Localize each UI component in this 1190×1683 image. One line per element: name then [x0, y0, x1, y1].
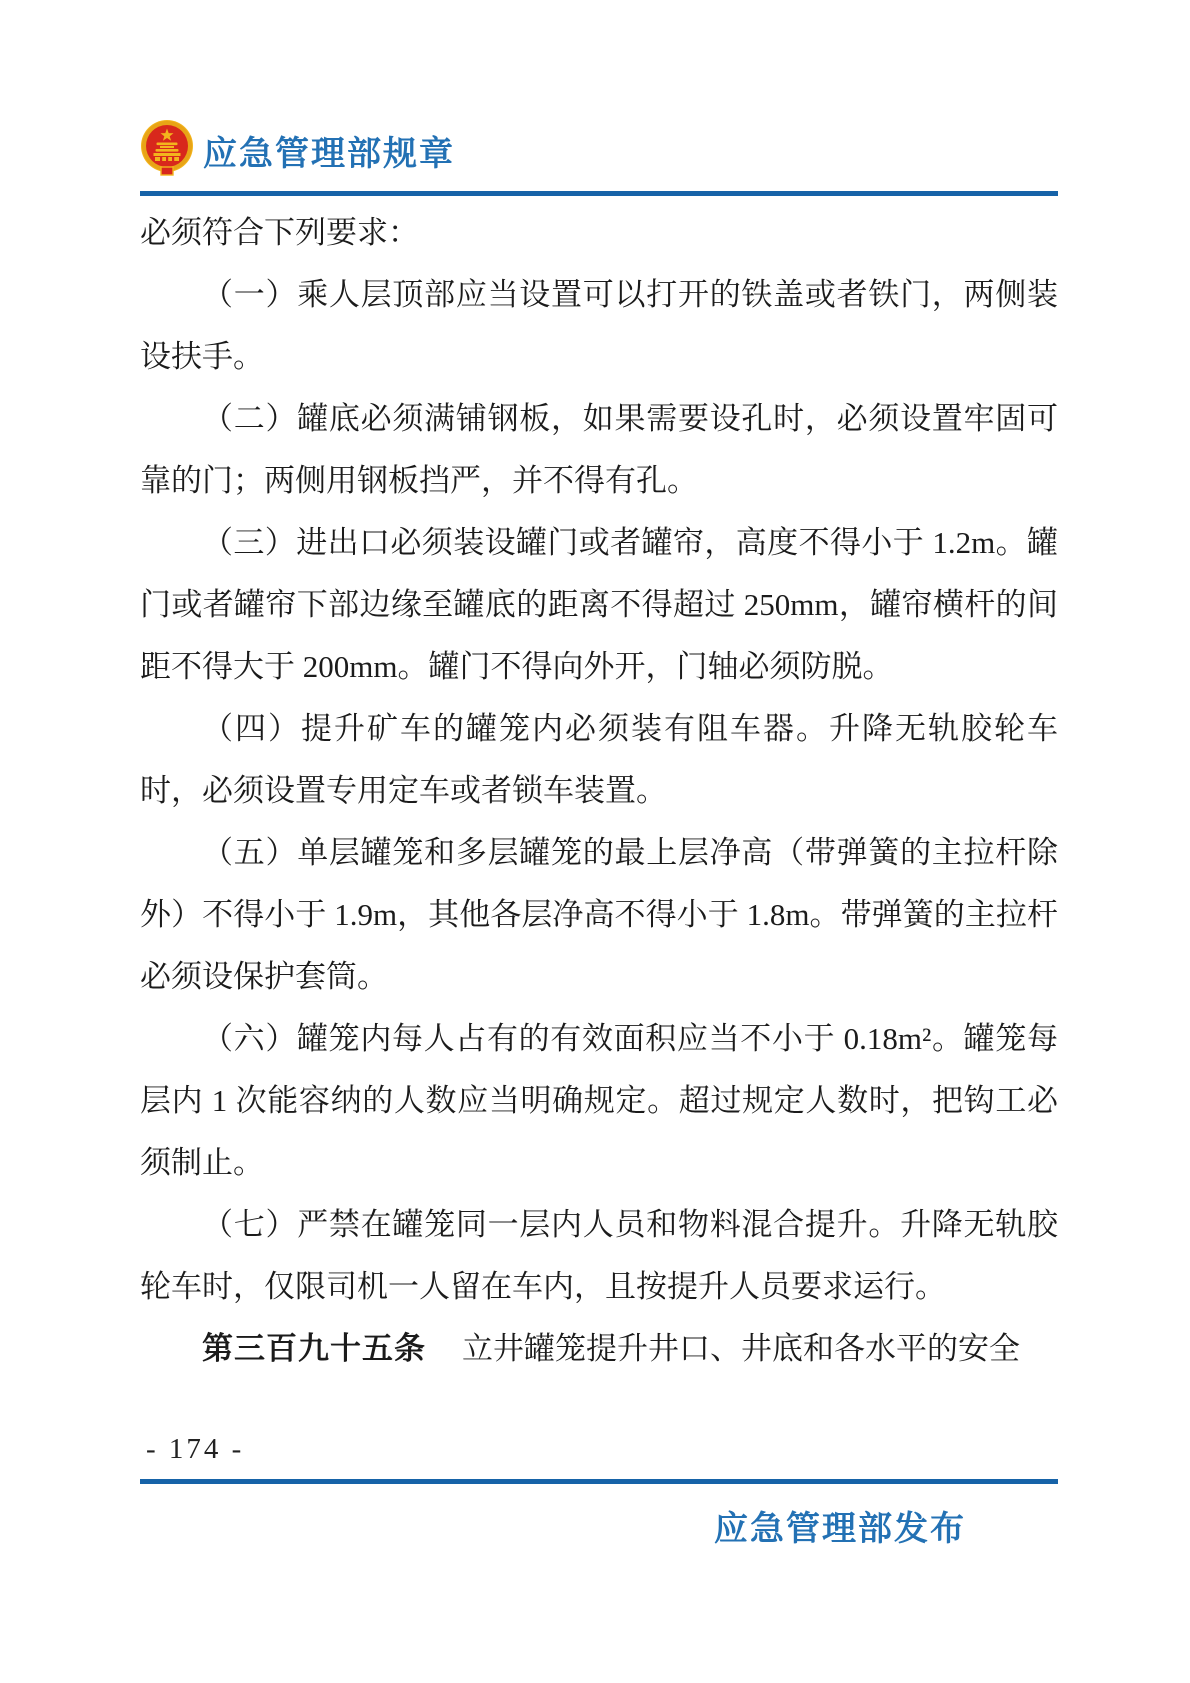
paragraph-item-2: （二）罐底必须满铺钢板，如果需要设孔时，必须设置牢固可靠的门；两侧用钢板挡严，并… — [140, 388, 1058, 512]
paragraph-item-5: （五）单层罐笼和多层罐笼的最上层净高（带弹簧的主拉杆除外）不得小于 1.9m，其… — [140, 822, 1058, 1008]
article-text: 立井罐笼提升井口、井底和各水平的安全 — [462, 1331, 1020, 1366]
paragraph-item-7: （七）严禁在罐笼同一层内人员和物料混合提升。升降无轨胶轮车时，仅限司机一人留在车… — [140, 1194, 1058, 1318]
header-divider — [140, 191, 1058, 196]
paragraph-item-4: （四）提升矿车的罐笼内必须装有阻车器。升降无轨胶轮车时，必须设置专用定车或者锁车… — [140, 698, 1058, 822]
paragraph-item-1: （一）乘人层顶部应当设置可以打开的铁盖或者铁门，两侧装设扶手。 — [140, 264, 1058, 388]
paragraph-intro: 必须符合下列要求： — [140, 202, 1058, 264]
document-page: 应急管理部规章 必须符合下列要求： （一）乘人层顶部应当设置可以打开的铁盖或者铁… — [0, 0, 1190, 1683]
article-number: 第三百九十五条 — [202, 1331, 426, 1366]
header-title: 应急管理部规章 — [203, 126, 455, 175]
page-number: - 174 - — [146, 1433, 244, 1466]
document-body: 必须符合下列要求： （一）乘人层顶部应当设置可以打开的铁盖或者铁门，两侧装设扶手… — [140, 202, 1058, 1380]
national-emblem-icon — [140, 119, 194, 177]
paragraph-item-3: （三）进出口必须装设罐门或者罐帘，高度不得小于 1.2m。罐门或者罐帘下部边缘至… — [140, 512, 1058, 698]
paragraph-item-6: （六）罐笼内每人占有的有效面积应当不小于 0.18m²。罐笼每层内 1 次能容纳… — [140, 1008, 1058, 1194]
paragraph-article: 第三百九十五条立井罐笼提升井口、井底和各水平的安全 — [140, 1318, 1058, 1380]
footer-divider — [140, 1479, 1058, 1484]
footer-publisher: 应急管理部发布 — [714, 1501, 966, 1550]
